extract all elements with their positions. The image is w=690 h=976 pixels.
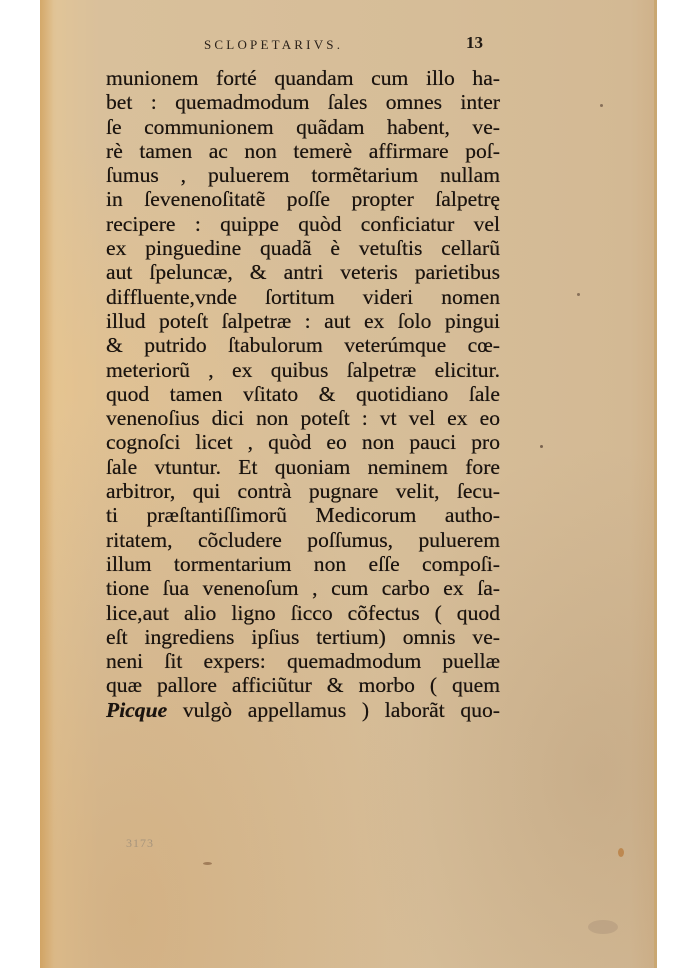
body-text: munionem forté quandam cum illo ha- bet … bbox=[106, 66, 506, 722]
text-line: munionem forté quandam cum illo ha- bbox=[106, 66, 500, 90]
library-stamp: 3173 bbox=[126, 836, 154, 851]
text-line: cognoſci licet , quòd eo non pauci pro bbox=[106, 430, 500, 454]
text-line: ti præſtantiſſimorũ Medicorum autho- bbox=[106, 503, 500, 527]
text-line: recipere : quippe quòd conficiatur vel bbox=[106, 212, 500, 236]
text-span: vulgò appellamus ) laborãt quo- bbox=[167, 698, 500, 722]
text-line: bet : quemadmodum ſales omnes inter bbox=[106, 90, 500, 114]
text-line: ex pinguedine quadã è vetuſtis cellarũ bbox=[106, 236, 500, 260]
running-head: SCLOPETARIVS. bbox=[204, 37, 343, 53]
foxing-spot bbox=[540, 445, 543, 448]
text-line: arbitror, qui contrà pugnare velit, ſecu… bbox=[106, 479, 500, 503]
text-line: ritatem, cõcludere poſſumus, puluerem bbox=[106, 528, 500, 552]
text-line: aut ſpeluncæ, & antri veteris parietibus bbox=[106, 260, 500, 284]
text-line: tione ſua venenoſum , cum carbo ex ſa- bbox=[106, 576, 500, 600]
gutter-shadow bbox=[40, 0, 54, 968]
foxing-spot bbox=[203, 862, 212, 865]
text-line: quæ pallore afficiũtur & morbo ( quem bbox=[106, 673, 500, 697]
foxing-spot bbox=[600, 104, 603, 107]
text-line: illum tormentarium non eſſe compoſi- bbox=[106, 552, 500, 576]
text-line: neni ſit expers: quemadmodum puellæ bbox=[106, 649, 500, 673]
text-line: eſt ingrediens ipſius tertium) omnis ve- bbox=[106, 625, 500, 649]
page-number: 13 bbox=[466, 33, 483, 53]
text-line: in ſevenenoſitatẽ poſſe propter ſalpetrę bbox=[106, 187, 500, 211]
text-line: diffluente,vnde ſortitum videri nomen bbox=[106, 285, 500, 309]
foxing-spot bbox=[577, 293, 580, 296]
text-line: illud poteſt ſalpetræ : aut ex ſolo ping… bbox=[106, 309, 500, 333]
text-line-last: Picque vulgò appellamus ) laborãt quo- bbox=[106, 698, 500, 722]
text-line: rè tamen ac non temerè affirmare poſ- bbox=[106, 139, 500, 163]
text-line: lice,aut alio ligno ſicco cõfectus ( quo… bbox=[106, 601, 500, 625]
text-line: & putrido ſtabulorum veterúmque cœ- bbox=[106, 333, 500, 357]
foxing-spot bbox=[588, 920, 618, 934]
text-line: venenoſius dici non poteſt : vt vel ex e… bbox=[106, 406, 500, 430]
text-line: ſale vtuntur. Et quoniam neminem fore bbox=[106, 455, 500, 479]
text-line: meteriorũ , ex quibus ſalpetræ elicitur. bbox=[106, 358, 500, 382]
italic-word: Picque bbox=[106, 698, 167, 722]
page-edge bbox=[654, 0, 657, 968]
text-line: quod tamen vſitato & quotidiano ſale bbox=[106, 382, 500, 406]
text-line: ſumus , puluerem tormẽtarium nullam bbox=[106, 163, 500, 187]
foxing-spot bbox=[618, 848, 624, 857]
text-line: ſe communionem quãdam habent, ve- bbox=[106, 115, 500, 139]
